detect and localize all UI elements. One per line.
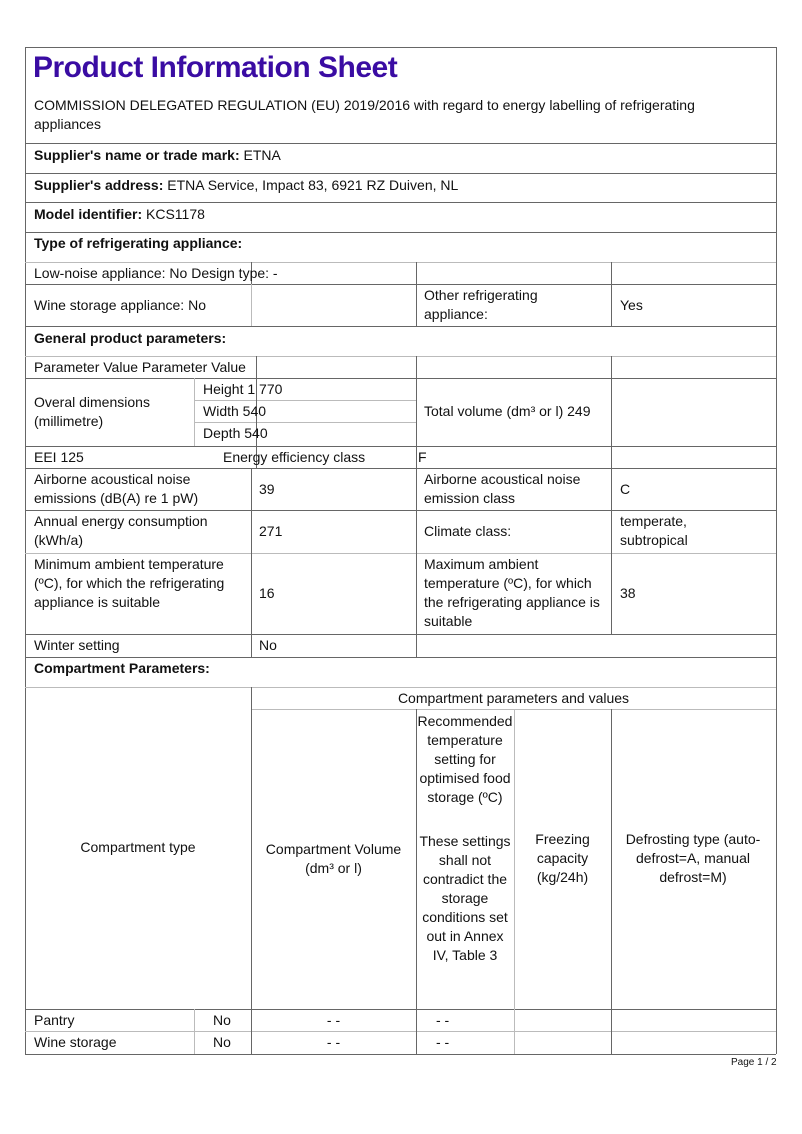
- total-volume: Total volume (dm³ or l) 249: [424, 402, 591, 421]
- wine-storage-appliance: Wine storage appliance: No: [34, 296, 206, 315]
- col-compartment-volume: Compartment Volume (dm³ or l): [256, 840, 411, 878]
- divider: [25, 446, 776, 447]
- compartment-heading: Compartment Parameters:: [34, 659, 210, 678]
- col-freezing-capacity: Freezing capacity (kg/24h): [520, 830, 605, 887]
- divider: [611, 709, 612, 1054]
- energy-class-label: Energy efficiency class: [223, 448, 365, 467]
- noise-class-value: C: [620, 480, 630, 499]
- dimension-width: Width 540: [203, 402, 266, 421]
- dimension-depth: Depth 540: [203, 424, 268, 443]
- compartment-row-temp: - -: [436, 1033, 449, 1052]
- compartment-row-type: Wine storage: [34, 1033, 116, 1052]
- divider: [25, 1031, 776, 1032]
- divider: [25, 468, 776, 469]
- regulation-text: COMMISSION DELEGATED REGULATION (EU) 201…: [34, 96, 754, 134]
- divider: [251, 468, 252, 657]
- divider: [194, 378, 195, 446]
- divider: [611, 468, 612, 634]
- divider: [416, 468, 417, 657]
- divider: [416, 262, 417, 326]
- divider: [25, 232, 776, 233]
- annual-energy-value: 271: [259, 522, 282, 541]
- page-title: Product Information Sheet: [33, 50, 397, 86]
- col-temp-note: These settings shall not contradict the …: [419, 832, 511, 965]
- col-compartment-type: Compartment type: [25, 838, 251, 857]
- compartment-row-present: No: [213, 1011, 231, 1030]
- max-temp-label: Maximum ambient temperature (ºC), for wh…: [424, 555, 604, 631]
- compartment-row-type: Pantry: [34, 1011, 74, 1030]
- divider: [194, 1009, 195, 1054]
- divider: [25, 1009, 776, 1010]
- params-column-header: Parameter Value Parameter Value: [34, 358, 246, 377]
- other-appliance-value: Yes: [620, 296, 643, 315]
- min-temp-value: 16: [259, 584, 275, 603]
- general-params-heading: General product parameters:: [34, 329, 226, 348]
- divider: [611, 356, 612, 468]
- climate-class-label: Climate class:: [424, 522, 511, 541]
- compartment-group-header: Compartment parameters and values: [251, 689, 776, 708]
- compartment-row-present: No: [213, 1033, 231, 1052]
- divider: [25, 634, 776, 635]
- col-defrosting-type: Defrosting type (auto-defrost=A, manual …: [618, 830, 768, 887]
- divider: [25, 356, 776, 357]
- max-temp-value: 38: [620, 584, 636, 603]
- table-border-top: [25, 47, 776, 48]
- supplier-name: Supplier's name or trade mark: ETNA: [34, 146, 281, 165]
- divider: [25, 657, 776, 658]
- divider: [514, 709, 515, 1054]
- page-indicator: Page 1 / 2: [731, 1056, 777, 1070]
- noise-class-label: Airborne acoustical noise emission class: [424, 470, 604, 508]
- low-noise-appliance: Low-noise appliance: No Design type: -: [34, 264, 278, 283]
- divider: [25, 326, 776, 327]
- compartment-row-volume: - -: [251, 1011, 416, 1030]
- noise-emissions-value: 39: [259, 480, 275, 499]
- supplier-address-label: Supplier's address:: [34, 177, 163, 193]
- dimension-height: Height 1 770: [203, 380, 282, 399]
- divider: [251, 284, 252, 326]
- supplier-address-value: ETNA Service, Impact 83, 6921 RZ Duiven,…: [167, 177, 458, 193]
- divider: [25, 687, 776, 688]
- divider: [251, 687, 252, 1054]
- divider: [25, 202, 776, 203]
- divider: [25, 262, 776, 263]
- supplier-name-label: Supplier's name or trade mark:: [34, 147, 240, 163]
- divider: [25, 510, 776, 511]
- eei-value: EEI 125: [34, 448, 84, 467]
- winter-setting-value: No: [259, 636, 277, 655]
- climate-class-value: temperate, subtropical: [620, 512, 740, 550]
- model-identifier: Model identifier: KCS1178: [34, 205, 205, 224]
- col-recommended-temp: Recommended temperature setting for opti…: [416, 712, 514, 807]
- divider: [416, 356, 417, 468]
- winter-setting-label: Winter setting: [34, 636, 120, 655]
- divider: [25, 378, 776, 379]
- divider: [25, 173, 776, 174]
- annual-energy-label: Annual energy consumption (kWh/a): [34, 512, 244, 550]
- min-temp-label: Minimum ambient temperature (ºC), for wh…: [34, 555, 244, 612]
- model-identifier-value: KCS1178: [146, 206, 205, 222]
- divider: [25, 143, 776, 144]
- table-border-bottom: [25, 1054, 776, 1055]
- divider: [25, 553, 776, 554]
- divider: [611, 262, 612, 326]
- model-identifier-label: Model identifier:: [34, 206, 142, 222]
- dimensions-label: Overal dimensions (millimetre): [34, 393, 184, 431]
- supplier-address: Supplier's address: ETNA Service, Impact…: [34, 176, 458, 195]
- noise-emissions-label: Airborne acoustical noise emissions (dB(…: [34, 470, 244, 508]
- divider: [194, 422, 416, 423]
- divider: [25, 284, 776, 285]
- other-appliance-label: Other refrigerating appliance:: [424, 286, 574, 324]
- compartment-row-volume: - -: [251, 1033, 416, 1052]
- divider: [194, 400, 416, 401]
- energy-class-value: F: [418, 448, 427, 467]
- table-border-right: [776, 47, 777, 1054]
- supplier-name-value: ETNA: [244, 147, 281, 163]
- table-border-left: [25, 47, 26, 1054]
- compartment-row-temp: - -: [436, 1011, 449, 1030]
- appliance-type-heading: Type of refrigerating appliance:: [34, 234, 242, 253]
